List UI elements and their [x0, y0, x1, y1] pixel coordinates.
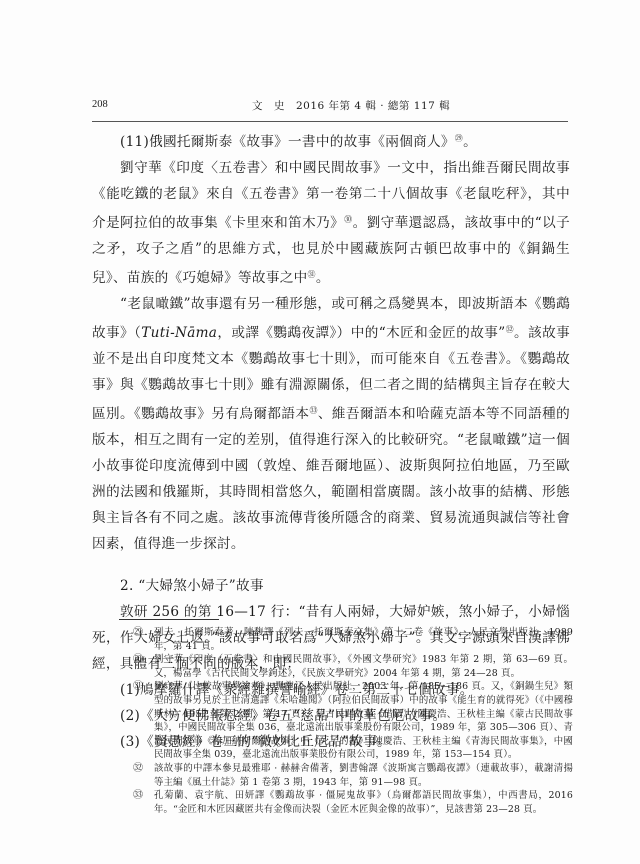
section-heading: 2. “大婦煞小婦子”故事 [92, 573, 570, 599]
item-end: 。 [463, 134, 477, 150]
document-page: 208 文 史 2016 年第 4 輯 · 總第 117 輯 (11)俄國托爾斯… [0, 0, 640, 864]
footnote-text: 劉守華《比較故事學論考》，黑龍江人民出版社，2003 年，第 185—186 頁… [154, 681, 573, 760]
footnote-31: ㉛ 劉守華《比較故事學論考》，黑龍江人民出版社，2003 年，第 185—186… [133, 680, 573, 762]
paragraph-text: ，或譯《鸚鵡夜譚》）中的“木匠和金匠的故事” [217, 325, 505, 341]
paragraph-end: 。 [316, 270, 330, 286]
footnote-ref[interactable]: ㉙ [455, 134, 463, 143]
footnote-ref[interactable]: ㉛ [308, 270, 316, 279]
list-item-11: (11)俄國托爾斯泰《故事》一書中的故事《兩個商人》㉙。 [92, 126, 570, 155]
paragraph-mouse-eats-iron: “老鼠噉鐵”故事還有另一種形態，或可稱之爲變異本，即波斯語本《鸚鵡故事》（Tut… [92, 291, 570, 557]
footnote-marker: ㉚ [133, 653, 143, 667]
footnote-ref[interactable]: ㉝ [309, 406, 317, 415]
italic-title: Tuti-Nāma [141, 325, 217, 341]
footnotes: ㉙ 列夫 · 托爾斯泰著，陳馥譯《列夫 · 托爾斯泰文集》第十二卷《故事》，人民… [133, 626, 573, 816]
footnote-text: 孔菊蘭、袁宇航、田妍譯《鸚鵡故事 · 僵屍鬼故事》（烏爾都語民間故事集），中西書… [154, 790, 573, 815]
footnote-ref[interactable]: ㉜ [506, 325, 515, 334]
running-title: 文 史 2016 年第 4 輯 · 總第 117 輯 [252, 98, 450, 113]
spacer [92, 557, 570, 573]
paragraph-text: 、維吾爾語本和哈薩克語本等不同語種的版本，相互之間有一定的差别，值得進行深入的比… [92, 406, 570, 552]
footnote-text: 列夫 · 托爾斯泰著，陳馥譯《列夫 · 托爾斯泰文集》第十二卷《故事》，人民文學… [154, 627, 573, 652]
footnote-ref[interactable]: ㉚ [344, 215, 352, 224]
footnote-33: ㉝ 孔菊蘭、袁宇航、田妍譯《鸚鵡故事 · 僵屍鬼故事》（烏爾都語民間故事集），中… [133, 789, 573, 816]
footnote-rule [119, 619, 219, 620]
page-number: 208 [92, 99, 108, 110]
footnote-29: ㉙ 列夫 · 托爾斯泰著，陳馥譯《列夫 · 托爾斯泰文集》第十二卷《故事》，人民… [133, 626, 573, 653]
header-rule [92, 121, 568, 122]
footnote-marker: ㉛ [133, 680, 143, 694]
item-text: (11)俄國托爾斯泰《故事》一書中的故事《兩個商人》 [120, 134, 455, 150]
footnote-marker: ㉝ [133, 789, 143, 803]
footnote-marker: ㉜ [133, 762, 143, 776]
page-header: 208 文 史 2016 年第 4 輯 · 總第 117 輯 [92, 97, 568, 115]
footnote-30: ㉚ 劉守華《印度〈五卷書〉和中國民間故事》，《外國文學研究》1983 年第 2 … [133, 653, 573, 680]
footnote-text: 該故事的中譯本參見最雅耶 · 赫赫舍備著，劉書翰譯《波斯寓言鸚鵡夜譚》（連載故事… [154, 763, 573, 788]
footnote-text: 劉守華《印度〈五卷書〉和中國民間故事》，《外國文學研究》1983 年第 2 期，… [154, 654, 573, 679]
footnote-marker: ㉙ [133, 626, 143, 640]
paragraph-liu-shouhua: 劉守華《印度〈五卷書〉和中國民間故事》一文中，指出維吾爾民間故事《能吃鐵的老鼠》… [92, 155, 570, 291]
footnote-32: ㉜ 該故事的中譯本參見最雅耶 · 赫赫舍備著，劉書翰譯《波斯寓言鸚鵡夜譚》（連載… [133, 762, 573, 789]
